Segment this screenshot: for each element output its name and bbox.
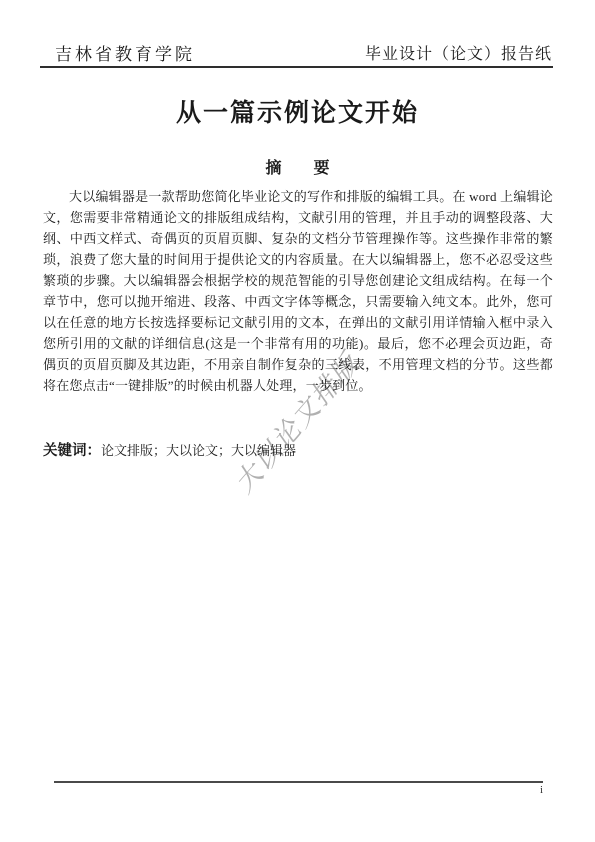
header-school-name: 吉林省教育学院 [55, 40, 195, 65]
header-rule [40, 66, 553, 68]
keywords-value: 论文排版；大以论文；大以编辑器 [101, 443, 296, 458]
footer-rule [54, 781, 543, 783]
document-title: 从一篇示例论文开始 [0, 93, 595, 129]
document-page: 大以论文排版 吉林省教育学院 毕业设计（论文）报告纸 从一篇示例论文开始 摘 要… [0, 0, 595, 842]
keywords-line: 关键词：论文排版；大以论文；大以编辑器 [43, 441, 553, 461]
keywords-label: 关键词： [43, 443, 101, 459]
abstract-heading: 摘 要 [0, 155, 595, 178]
page-number: i [540, 784, 543, 796]
abstract-paragraph: 大以编辑器是一款帮助您简化毕业论文的写作和排版的编辑工具。在 word 上编辑论… [43, 186, 553, 396]
header-doc-type: 毕业设计（论文）报告纸 [365, 41, 552, 64]
